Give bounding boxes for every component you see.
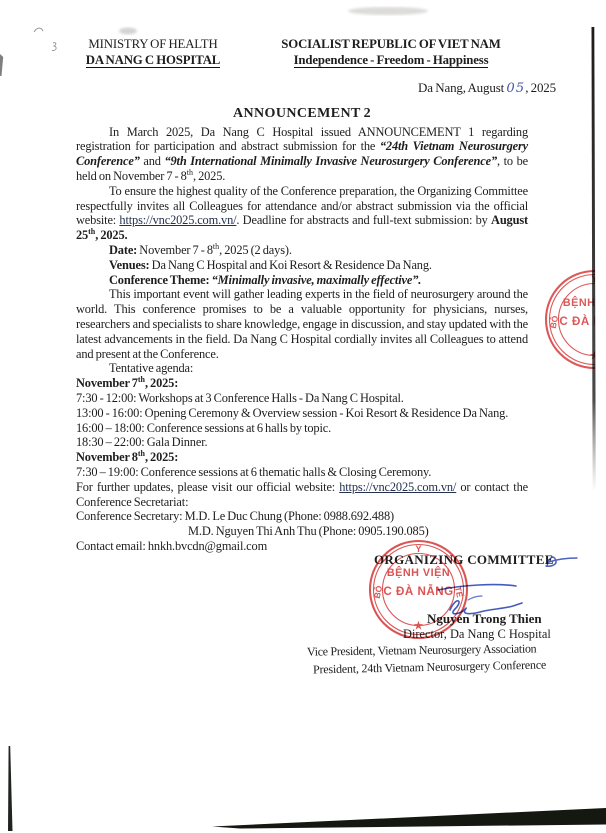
theme-value: “Minimally invasive, maximally effective… — [212, 273, 422, 287]
signature-tick — [468, 596, 482, 600]
scan-smudge — [348, 7, 428, 15]
svg-text:BỆNH VIỆN: BỆNH VIỆN — [563, 296, 595, 309]
svg-text:C ĐÀ NẴNG: C ĐÀ NẴNG — [559, 315, 595, 328]
scan-edge-bottom-wedge — [212, 808, 606, 829]
agenda-day2-heading: November 8th, 2025: — [76, 450, 528, 465]
agenda-item: 13:00 - 16:00: Opening Ceremony & Overvi… — [76, 406, 528, 421]
dateline-prefix: Da Nang, August — [418, 80, 506, 95]
stamp-text-line1: BỆNH VIỆN — [387, 566, 450, 579]
agenda-item: 7:30 - 12:00: Workshops at 3 Conference … — [76, 391, 528, 406]
website-link-2[interactable]: https://vnc2025.com.vn/ — [339, 480, 456, 494]
venues-line: Venues: Da Nang C Hospital and Koi Resor… — [76, 258, 528, 273]
scan-smudge — [119, 28, 137, 35]
agenda-item: 7:30 – 19:00: Conference sessions at 6 t… — [76, 465, 528, 480]
paragraph-invitation: To ensure the highest quality of the Con… — [76, 184, 528, 243]
agenda-intro: Tentative agenda: — [76, 361, 528, 376]
stamp-text-line2: C ĐÀ NẴNG — [383, 585, 453, 598]
scanned-announcement-page: MINISTRY OF HEALTH DA NANG C HOSPITAL SO… — [0, 0, 606, 833]
date-line: Date: November 7 - 8th, 2025 (2 days). — [76, 243, 528, 258]
letterhead-left: MINISTRY OF HEALTH DA NANG C HOSPITAL — [78, 36, 228, 68]
updates-line: For further updates, please visit our of… — [76, 480, 528, 510]
hospital-seal-stamp: Y BỘ TẾ BỆNH VIỆN C ĐÀ NẴNG ★ — [367, 538, 470, 641]
handwritten-day: 05 — [506, 81, 525, 96]
stamp-ring-left: BỘ — [371, 584, 384, 599]
stamp-star-icon: ★ — [414, 620, 424, 632]
scan-edge-bottom-left — [8, 746, 13, 831]
pen-mark — [52, 43, 56, 51]
scan-edge-right — [592, 27, 596, 492]
website-link[interactable]: https://vnc2025.com.vn/ — [119, 213, 236, 227]
agenda-item: 16:00 – 18:00: Conference sessions at 6 … — [76, 421, 528, 436]
secretary-line-2: M.D. Nguyen Thi Anh Thu (Phone: 0905.190… — [76, 524, 528, 539]
document-title: ANNOUNCEMENT 2 — [76, 107, 528, 122]
hospital-line: DA NANG C HOSPITAL — [86, 54, 220, 68]
letterhead: MINISTRY OF HEALTH DA NANG C HOSPITAL SO… — [76, 36, 528, 68]
stamp-ring-top: Y — [415, 544, 421, 554]
scan-nub-left — [0, 54, 3, 76]
secretary-line-1: Conference Secretary: M.D. Le Duc Chung … — [76, 509, 528, 524]
paragraph-event: This important event will gather leading… — [76, 287, 528, 361]
signer-title-vice-president: Vice President, Vietnam Neurosurgery Ass… — [307, 641, 537, 659]
republic-line: SOCIALIST REPUBLIC OF VIET NAM — [266, 36, 516, 52]
agenda-day1-heading: November 7th, 2025: — [76, 376, 528, 391]
svg-text:★: ★ — [590, 350, 595, 362]
paragraph-intro: In March 2025, Da Nang C Hospital issued… — [76, 125, 528, 184]
pen-mark — [34, 28, 43, 32]
motto-line: Independence - Freedom - Happiness — [294, 54, 489, 68]
letterhead-right: SOCIALIST REPUBLIC OF VIET NAM Independe… — [266, 36, 516, 68]
signer-title-president: President, 24th Vietnam Neurosurgery Con… — [313, 658, 546, 678]
dateline-suffix: , 2025 — [525, 80, 556, 95]
edge-seal-stamp: Y BỘ BỆNH VIỆN C ĐÀ NẴNG ★ — [541, 266, 595, 376]
dateline: Da Nang, August 05, 2025 — [76, 81, 556, 97]
ministry-line: MINISTRY OF HEALTH — [78, 36, 228, 52]
svg-text:BỘ: BỘ — [547, 314, 560, 329]
svg-text:Y: Y — [591, 274, 595, 284]
document-body: MINISTRY OF HEALTH DA NANG C HOSPITAL SO… — [76, 36, 528, 554]
theme-line: Conference Theme: “Minimally invasive, m… — [76, 273, 528, 288]
agenda-item: 18:30 – 22:00: Gala Dinner. — [76, 435, 528, 450]
conference-name-2: “9th International Minimally Invasive Ne… — [164, 154, 497, 168]
